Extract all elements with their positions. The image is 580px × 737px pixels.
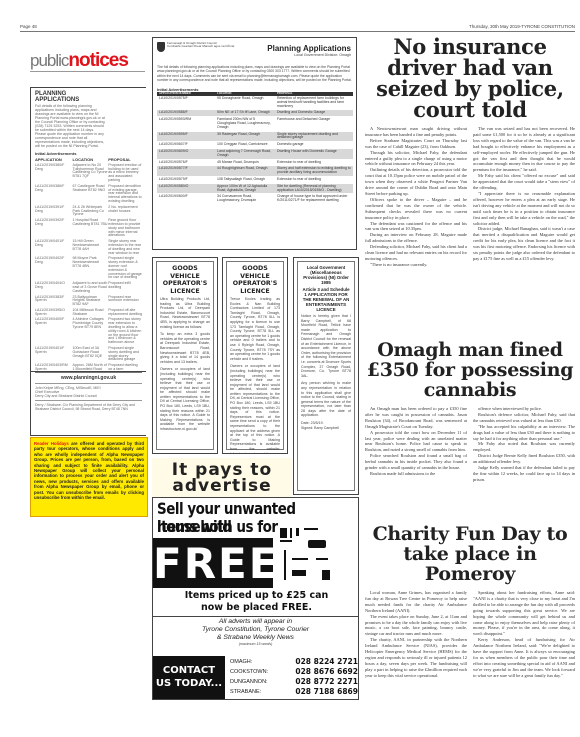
table-row: LA10/2019/0607/F100 Creggan Road, Carric…	[157, 142, 353, 149]
phone-cookstown: COOKSTOWN:028 8676 6692	[230, 667, 358, 677]
table-icon	[304, 528, 318, 530]
paragraph: A prosecutor told the court how on Decem…	[365, 430, 467, 454]
goods-vehicle-licence-notice-1: GOODS VEHICLE OPERATOR'S LICENCE Ultra B…	[152, 257, 218, 454]
paragraph: Local woman, Anne Grimes, has organised …	[365, 590, 467, 614]
public-notices-masthead: publicnotices	[30, 50, 145, 72]
chief-executive-signature: John Kelpie MEng, CEng, MIStructE, MIEI …	[35, 384, 142, 401]
paragraph: Speaking about her fundraising efforts, …	[473, 590, 575, 637]
table-row: LA10/2019/0580/OApprox 100m W of 12 Agha…	[157, 183, 353, 194]
table-row: LA10/2019/0595/F39 Radergan Road, OmaghS…	[157, 131, 353, 142]
goods-vehicle-licence-notice-2: GOODS VEHICLE OPERATOR'S LICENCE Trevor …	[222, 257, 288, 454]
sofa-icon	[308, 540, 326, 548]
paragraph: The charity, AANI, in partnership with t…	[365, 637, 467, 678]
bed-icon	[292, 558, 308, 560]
lamp-icon	[296, 528, 299, 536]
council-address: Derry / Strabane: C/o Planning Departmen…	[35, 401, 142, 413]
furniture-icons	[278, 538, 358, 588]
paragraph: Before Strabane Magistrates Court on Thu…	[365, 138, 467, 150]
article-column-2: offence when interviewed by police.Rouls…	[473, 406, 575, 483]
table-row: LA11/2019/0400/F Sperrin4 Ahimine Cottag…	[35, 318, 142, 345]
paragraph: Defending solicitor, Michael Fahy, said …	[365, 244, 467, 262]
paragraph: Through his solicitor, Michael Fahy, the…	[365, 150, 467, 168]
paragraph: Police searched Roulston and found a sma…	[365, 453, 467, 471]
paragraph: The event takes place on Sunday, June 2,…	[365, 614, 467, 638]
paragraph: An Omagh man has been ordered to pay a £…	[365, 406, 467, 430]
masthead-public: public	[30, 51, 68, 70]
table-row: LA11/2019/0401/F Sperrin100m East of 3A …	[35, 347, 142, 362]
planning-subtitle: Local Government Division: Omagh	[267, 53, 351, 57]
table-row: LA10/2019/0593/RMFarmland 200m NW of 5 C…	[157, 117, 353, 131]
it-pays-to-advertise-ad: It pays to advertise	[152, 458, 292, 498]
contact-us-ad: All adverts will appear in Tyrone Consti…	[152, 617, 359, 700]
table-row: LA10/2019/0579/F108 Tattysallagh Road, O…	[157, 176, 353, 183]
dresser-icon	[292, 570, 306, 576]
planning-intro: The full details of following planning a…	[157, 65, 353, 83]
max-words: (maximum 15 words)	[153, 642, 358, 646]
article-column-2: The van was seized and has not been reco…	[473, 126, 575, 268]
planning-title: PLANNINGAPPLICATIONS	[35, 91, 142, 103]
paragraph: "He has accepted his culpability at an i…	[473, 424, 575, 442]
notice-subtitle: Article 3 and Schedule 1 APPLICATION FOR…	[301, 287, 351, 312]
paragraph: District Judge Bernie Kelly fined Roulst…	[473, 453, 575, 465]
reader-holidays-disclaimer: Reader Holidays are offered and operated…	[30, 437, 148, 517]
table-row: LA11/2019/0403/RM SperrinApprox. 28M Nor…	[35, 364, 142, 372]
table-row: LA11/2019/0402/F Derg98 Moyne Park Newto…	[35, 257, 142, 280]
floor-lamp-icon	[284, 550, 286, 580]
article-headline: No insurance driver had van seized by po…	[365, 36, 575, 120]
free-items-info: Items priced up to £25 can now be placed…	[153, 590, 359, 614]
article-column-2: Speaking about her fundraising efforts, …	[473, 590, 575, 679]
paragraph: Judge Kelly warned that if the defendant…	[473, 465, 575, 483]
table-row: LA11/2019/0383/F Sperrin23 Ballycolman H…	[35, 296, 142, 307]
paragraph: District judge, Michael Ranaghan, said i…	[473, 226, 575, 261]
table-row: LA11/2019/0401/F Derg15 Hill Green Newto…	[35, 240, 142, 255]
notice-title: Local Government (Miscellaneous Provisio…	[301, 265, 351, 285]
entertainment-licence-notice: Local Government (Miscellaneous Provisio…	[293, 257, 359, 495]
article-column-1: A Newtownstewart man caught driving with…	[365, 126, 467, 268]
paragraph: Outlining details of his detection, a pr…	[365, 167, 467, 197]
paragraph: The defendant was cautioned for the offe…	[365, 221, 467, 233]
paragraph: The van was seized and has not been reco…	[473, 126, 575, 173]
paragraph: Roulston made full admissions to the	[365, 471, 467, 477]
phone-omagh: OMAGH:028 8224 2721	[230, 657, 358, 667]
phone-dungannon: DUNGANNON:028 8772 2271	[230, 677, 358, 687]
phone-strabane: STRABANE:028 7188 6869	[230, 687, 358, 697]
article-headline: Omagh man fined £350 for possessing cann…	[365, 340, 575, 400]
derry-planning-notice: PLANNINGAPPLICATIONS Full details of the…	[30, 87, 146, 372]
table-row: LA11/2019/0392/F Derg1 Hospital Road Cas…	[35, 219, 142, 238]
planning-table: APPLICATION NUMBER LOCATION PROPOSAL LA1…	[157, 92, 353, 205]
desk-icon	[280, 540, 292, 542]
table-header: APPLICATIONLOCATIONPROPOSAL	[35, 158, 142, 162]
paragraph: "There is no insurance currently.	[365, 262, 467, 268]
planning-website-link[interactable]: www.planningni.gov.uk	[35, 372, 142, 384]
derry-planning-footer: www.planningni.gov.uk John Kelpie MEng, …	[30, 372, 146, 436]
table-row: LA11/2019/0395/O Sperrin104 Millbrook Ro…	[35, 309, 142, 317]
table-row: LA10/2019/0575/F95 Donaghanie Road, Omag…	[157, 96, 353, 110]
table-row: LA11/2019/0380/F DergAdjacent to No 20 T…	[35, 164, 142, 183]
phone-list: OMAGH:028 8224 2721 COOKSTOWN:028 8676 6…	[230, 657, 358, 697]
page-number: Page 48	[20, 24, 37, 29]
article-column-1: Local woman, Anne Grimes, has organised …	[365, 590, 467, 679]
fermanagh-omagh-planning-notice: Fermanagh & Omagh District Council Comha…	[152, 37, 357, 250]
paragraph: A Newtownstewart man caught driving with…	[365, 126, 467, 138]
article-omagh-man-fined: Omagh man fined £350 for possessing cann…	[365, 340, 575, 483]
paragraph: Mr Fahy said his client "offered no excu…	[473, 173, 575, 191]
planning-applications-title: Planning Applications	[267, 44, 351, 53]
article-no-insurance-driver: No insurance driver had van seized by po…	[365, 36, 575, 268]
article-headline: Charity Fun Day to take place in Pomeroy	[365, 524, 575, 584]
paragraph: "I appreciate there is no reasonable exp…	[473, 191, 575, 226]
table-row: LA10/2019/0588/F50m NE of 17 Sh Iff Lane…	[157, 110, 353, 117]
paragraph: Mr Fahy also noted that Roulston was cur…	[473, 441, 575, 453]
free-banner: FREE	[153, 538, 273, 588]
table-row: LA11/2019/0391/F Derg24 & 26 Whitepark P…	[35, 206, 142, 217]
table-row: LA11/2019/0404/O DergAdjacent to and sou…	[35, 282, 142, 293]
publication-list: All adverts will appear in Tyrone Consti…	[153, 617, 358, 642]
paragraph: Kerry Anderson, head of fundraising for …	[473, 637, 575, 678]
article-column-1: An Omagh man has been ordered to pay a £…	[365, 406, 467, 483]
initial-advertisements-label: Initial Advertisements	[35, 151, 142, 156]
ad-headline-2: items with us for	[157, 518, 278, 536]
dateline: Thursday, 30th May 2019-TYRONE CONSTITUT…	[469, 24, 575, 29]
coffee-table-icon	[316, 558, 328, 560]
council-name: Fermanagh & Omagh District Council Comha…	[157, 42, 234, 49]
paragraph: During an interview on February 28, Magu…	[365, 232, 467, 244]
notice-title: GOODS VEHICLE OPERATOR'S LICENCE	[160, 265, 210, 295]
contact-us-today: CONTACT US TODAY...	[153, 656, 225, 700]
article-charity-fun-day: Charity Fun Day to take place in Pomeroy…	[365, 524, 575, 679]
masthead-notices: notices	[68, 50, 128, 71]
notice-title: GOODS VEHICLE OPERATOR'S LICENCE	[230, 265, 280, 295]
table-row: LA10/2019/0576/F45 Manse Road, DrumquinE…	[157, 159, 353, 166]
cabinet-icon	[280, 528, 287, 538]
table-row: LA11/2019/0386/F Derg67 Castlegore Road …	[35, 185, 142, 204]
paragraph: Officers spoke to the driver – Maguire –…	[365, 197, 467, 221]
chair-icon	[290, 528, 292, 538]
sell-household-items-ad: Sell your unwanted household items with …	[152, 497, 359, 617]
paragraph: Roulston's defence solicitor, Michael Fa…	[473, 412, 575, 424]
table-row: LA10/2019/0609/OLand adjoining 7 Crevena…	[157, 148, 353, 159]
council-crest-icon	[157, 42, 165, 52]
armchair-icon	[322, 570, 330, 580]
page-header: Page 48 Thursday, 30th May 2019-TYRONE C…	[20, 24, 575, 32]
table-row: LA10/2019/0600/F34 Cornavarrow Road, Lou…	[157, 194, 353, 205]
table-row: LA10/2019/0577/F44 Roughlighburn Road, O…	[157, 166, 353, 177]
planning-intro: Full details of the following planning a…	[35, 104, 105, 148]
